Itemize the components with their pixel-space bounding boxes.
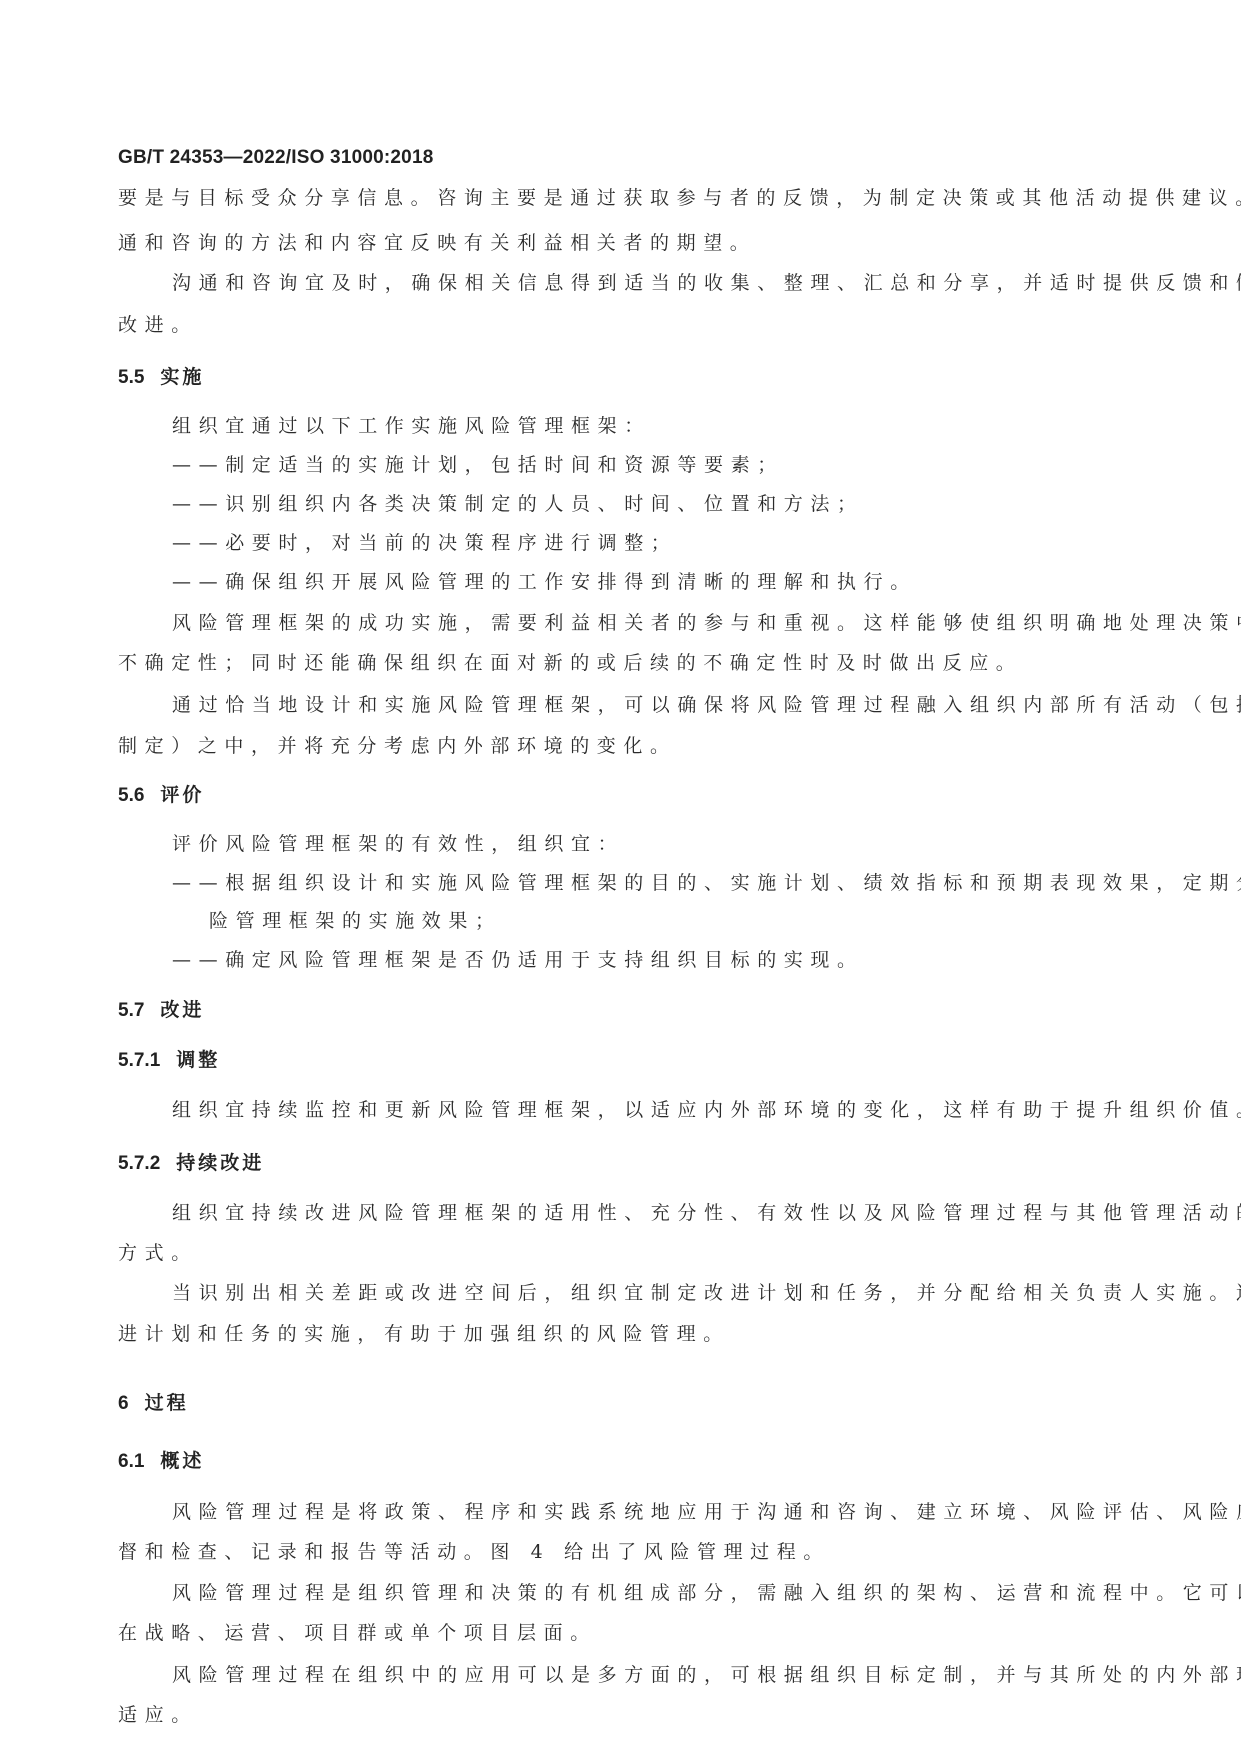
paragraph-line: 当识别出相关差距或改进空间后，组织宜制定改进计划和任务，并分配给相关负责人实施。… <box>172 1280 1090 1306</box>
paragraph-line: 方式。 <box>118 1240 1090 1266</box>
paragraph-line: 风险管理框架的成功实施，需要利益相关者的参与和重视。这样能够使组织明确地处理决策… <box>172 610 1090 636</box>
section-number: 5.7.2 <box>118 1153 160 1175</box>
section-title: 持续改进 <box>176 1148 264 1175</box>
paragraph-line: 要是与目标受众分享信息。咨询主要是通过获取参与者的反馈，为制定决策或其他活动提供… <box>118 185 1090 211</box>
paragraph-line: 在战略、运营、项目群或单个项目层面。 <box>118 1620 1090 1646</box>
paragraph-line: 进计划和任务的实施，有助于加强组织的风险管理。 <box>118 1321 1090 1347</box>
section-number: 5.6 <box>118 785 144 807</box>
list-item-continuation: 险管理框架的实施效果； <box>209 908 1181 934</box>
section-heading-5-7: 5.7改进 <box>118 995 204 1022</box>
section-number: 6 <box>118 1393 129 1415</box>
list-item: ——根据组织设计和实施风险管理框架的目的、实施计划、绩效指标和预期表现效果，定期… <box>172 870 1144 896</box>
section-title: 实施 <box>160 362 204 389</box>
section-number: 5.7 <box>118 1000 144 1022</box>
paragraph-line: 组织宜持续改进风险管理框架的适用性、充分性、有效性以及风险管理过程与其他管理活动… <box>172 1200 1090 1226</box>
paragraph-line: 制定）之中，并将充分考虑内外部环境的变化。 <box>118 733 1090 759</box>
paragraph-line: 风险管理过程是将政策、程序和实践系统地应用于沟通和咨询、建立环境、风险评估、风险… <box>172 1499 1090 1525</box>
section-heading-6-1: 6.1概述 <box>118 1446 204 1473</box>
paragraph-line: 改进。 <box>118 312 1090 338</box>
paragraph-line: 通和咨询的方法和内容宜反映有关利益相关者的期望。 <box>118 230 1090 256</box>
section-heading-5-5: 5.5实施 <box>118 362 204 389</box>
list-item: ——确保组织开展风险管理的工作安排得到清晰的理解和执行。 <box>172 569 1144 595</box>
section-heading-5-7-1: 5.7.1调整 <box>118 1045 220 1072</box>
paragraph-line: 风险管理过程在组织中的应用可以是多方面的，可根据组织目标定制，并与其所处的内外部… <box>172 1662 1090 1688</box>
section-title: 概述 <box>160 1446 204 1473</box>
list-item: ——确定风险管理框架是否仍适用于支持组织目标的实现。 <box>172 947 1144 973</box>
section-heading-5-6: 5.6评价 <box>118 780 204 807</box>
paragraph-line: 督和检查、记录和报告等活动。图 4 给出了风险管理过程。 <box>118 1539 1090 1565</box>
paragraph-line: 通过恰当地设计和实施风险管理框架，可以确保将风险管理过程融入组织内部所有活动（包… <box>172 692 1090 718</box>
section-heading-5-7-2: 5.7.2持续改进 <box>118 1148 264 1175</box>
paragraph-line: 评价风险管理框架的有效性，组织宜： <box>172 831 1090 857</box>
list-item: ——制定适当的实施计划，包括时间和资源等要素； <box>172 452 1144 478</box>
section-heading-6: 6过程 <box>118 1388 189 1415</box>
document-page: GB/T 24353—2022/ISO 31000:2018 要是与目标受众分享… <box>0 0 1241 1755</box>
section-number: 5.5 <box>118 367 144 389</box>
section-title: 调整 <box>176 1045 220 1072</box>
paragraph-line: 组织宜持续监控和更新风险管理框架，以适应内外部环境的变化，这样有助于提升组织价值… <box>172 1097 1090 1123</box>
list-item: ——必要时，对当前的决策程序进行调整； <box>172 530 1144 556</box>
paragraph-line: 风险管理过程是组织管理和决策的有机组成部分，需融入组织的架构、运营和流程中。它可… <box>172 1580 1090 1606</box>
paragraph-line: 沟通和咨询宜及时，确保相关信息得到适当的收集、整理、汇总和分享，并适时提供反馈和… <box>172 270 1090 296</box>
section-number: 5.7.1 <box>118 1050 160 1072</box>
section-title: 评价 <box>160 780 204 807</box>
paragraph-line: 不确定性；同时还能确保组织在面对新的或后续的不确定性时及时做出反应。 <box>118 650 1090 676</box>
section-title: 过程 <box>145 1388 189 1415</box>
standard-header: GB/T 24353—2022/ISO 31000:2018 <box>118 147 433 169</box>
paragraph-line: 组织宜通过以下工作实施风险管理框架： <box>172 413 1090 439</box>
list-item: ——识别组织内各类决策制定的人员、时间、位置和方法； <box>172 491 1144 517</box>
section-title: 改进 <box>160 995 204 1022</box>
paragraph-line: 适应。 <box>118 1702 1090 1728</box>
section-number: 6.1 <box>118 1451 144 1473</box>
